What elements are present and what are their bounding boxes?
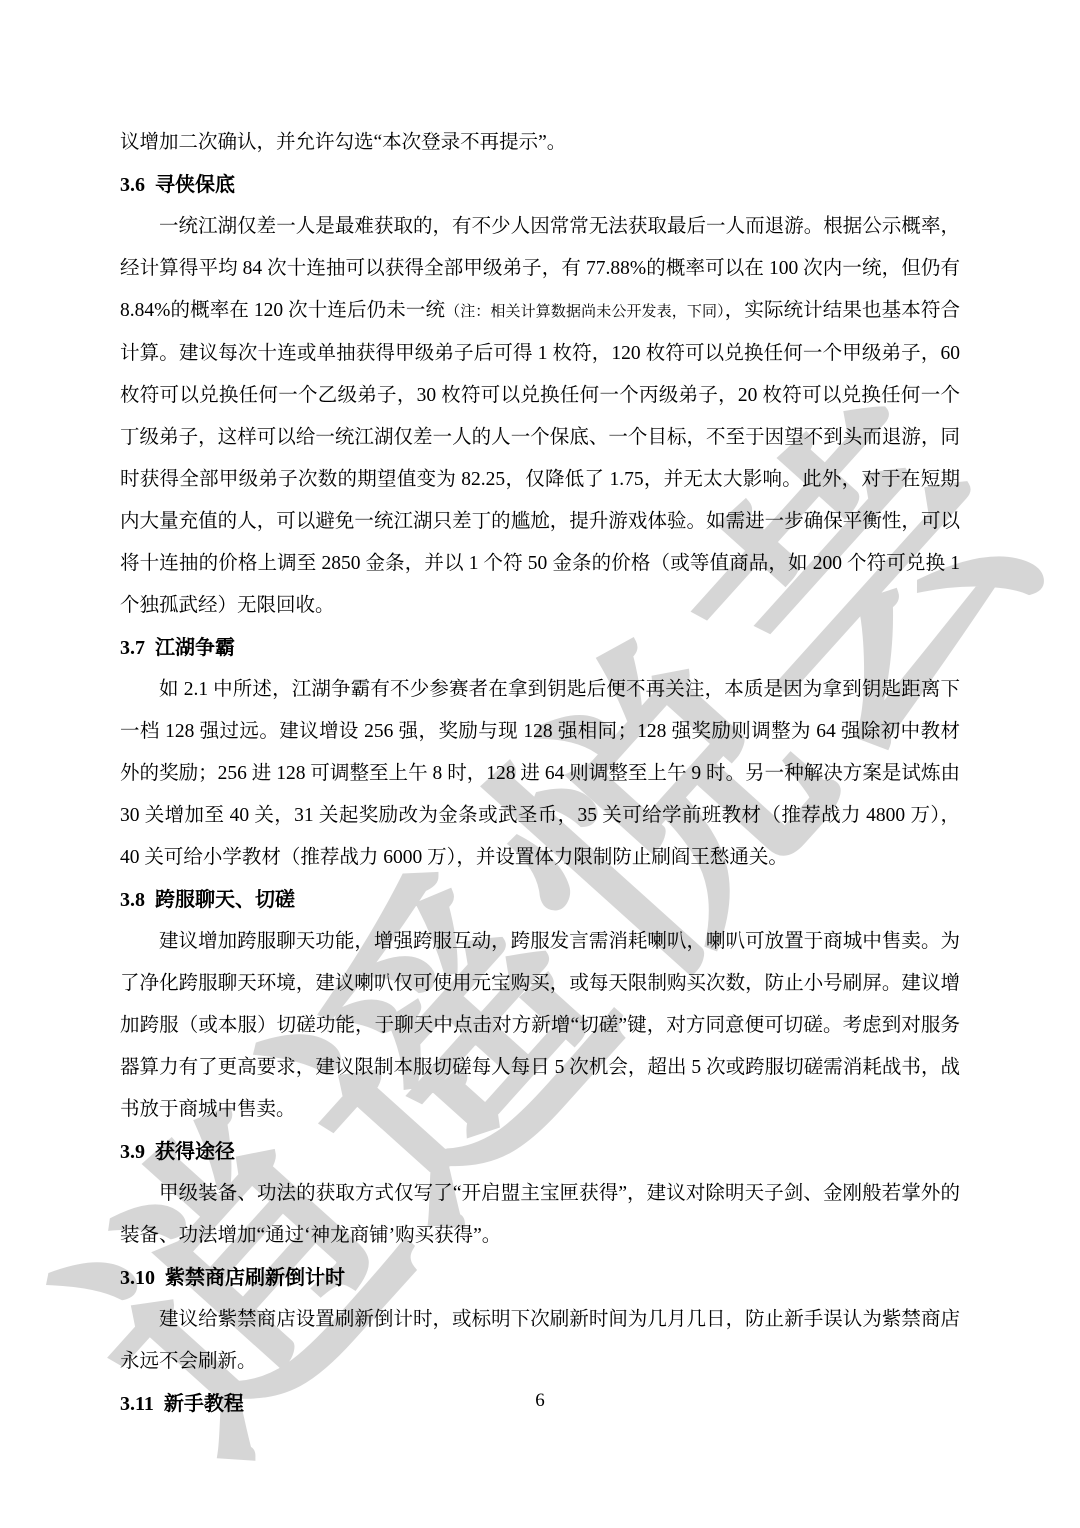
- section-heading-3-7: 3.7江湖争霸: [120, 627, 960, 669]
- paragraph-3-10: 建议给紫禁商店设置刷新倒计时，或标明下次刷新时间为几月几日，防止新手误认为紫禁商…: [120, 1299, 960, 1383]
- section-heading-3-8: 3.8跨服聊天、切磋: [120, 879, 960, 921]
- page-number: 6: [535, 1390, 545, 1411]
- paragraph-text: ，实际统计结果也基本符合计算。建议每次十连或单抽获得甲级弟子后可得 1 枚符，1…: [120, 300, 960, 616]
- paragraph-3-7: 如 2.1 中所述，江湖争霸有不少参赛者在拿到钥匙后便不再关注，本质是因为拿到钥…: [120, 669, 960, 879]
- paragraph-continuation: 议增加二次确认，并允许勾选“本次登录不再提示”。: [120, 122, 960, 164]
- section-number: 3.8: [120, 889, 145, 911]
- section-number: 3.6: [120, 174, 145, 196]
- section-title: 获得途径: [155, 1141, 235, 1163]
- inline-note: （注：相关计算数据尚未公开发表，下同）: [445, 304, 725, 320]
- section-heading-3-10: 3.10紫禁商店刷新倒计时: [120, 1257, 960, 1299]
- section-title: 跨服聊天、切磋: [155, 889, 295, 911]
- page-content: 议增加二次确认，并允许勾选“本次登录不再提示”。 3.6寻侠保底 一统江湖仅差一…: [120, 122, 960, 1425]
- paragraph-3-8: 建议增加跨服聊天功能，增强跨服互动，跨服发言需消耗喇叭，喇叭可放置于商城中售卖。…: [120, 921, 960, 1131]
- section-title: 紫禁商店刷新倒计时: [165, 1267, 345, 1289]
- paragraph-3-6: 一统江湖仅差一人是最难获取的，有不少人因常常无法获取最后一人而退游。根据公示概率…: [120, 206, 960, 627]
- document-page: 逍遥悦芸 议增加二次确认，并允许勾选“本次登录不再提示”。 3.6寻侠保底 一统…: [0, 0, 1080, 1528]
- section-number: 3.7: [120, 637, 145, 659]
- section-heading-3-9: 3.9获得途径: [120, 1131, 960, 1173]
- paragraph-3-9: 甲级装备、功法的获取方式仅写了“开启盟主宝匣获得”，建议对除明天子剑、金刚般若掌…: [120, 1173, 960, 1257]
- section-number: 3.10: [120, 1267, 155, 1289]
- section-number: 3.9: [120, 1141, 145, 1163]
- section-title: 寻侠保底: [155, 174, 235, 196]
- page-footer: 6: [0, 1390, 1080, 1412]
- section-heading-3-6: 3.6寻侠保底: [120, 164, 960, 206]
- section-title: 江湖争霸: [155, 637, 235, 659]
